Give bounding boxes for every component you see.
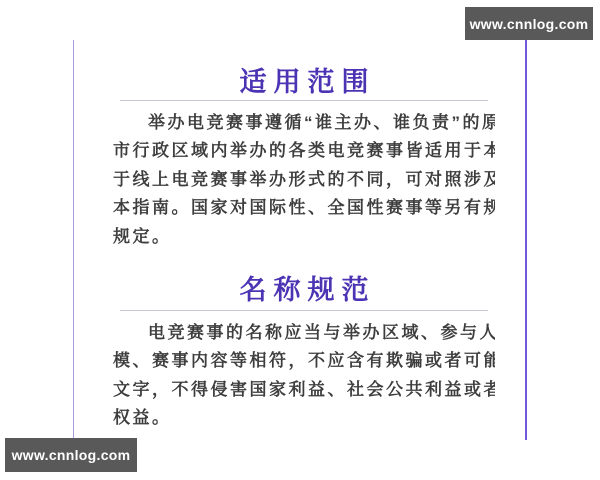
paragraph-line: 电竞赛事的名称应当与举办区域、参与人群、活动规 [113,319,495,347]
paragraph-naming: 电竞赛事的名称应当与举办区域、参与人群、活动规 模、赛事内容等相符，不应含有欺骗… [113,319,495,433]
paragraph-line: 权益。 [113,404,495,432]
section-divider [120,100,488,101]
right-accent-line [525,40,527,440]
watermark-text: www.cnnlog.com [12,447,131,463]
section-divider [120,310,488,311]
left-border-line [73,40,74,438]
paragraph-line: 本指南。国家对国际性、全国性赛事等另有规定的，从其 [113,194,495,222]
paragraph-line: 于线上电竞赛事举办形式的不同，可对照涉及内容适用 [113,166,495,194]
paragraph-line: 模、赛事内容等相符，不应含有欺骗或者可能造成误解的 [113,347,495,375]
paragraph-line: 文字，不得侵害国家利益、社会公共利益或者他人的合法 [113,376,495,404]
watermark-text: www.cnnlog.com [470,16,589,32]
watermark-bottom-left: www.cnnlog.com [5,438,137,472]
document-page: www.cnnlog.com 适用范围 举办电竞赛事遵循“谁主办、谁负责”的原则… [0,0,600,480]
paragraph-line: 市行政区域内举办的各类电竞赛事皆适用于本指南。由 [113,137,495,165]
watermark-top-right: www.cnnlog.com [465,7,593,40]
paragraph-scope: 举办电竞赛事遵循“谁主办、谁负责”的原则，在上海 市行政区域内举办的各类电竞赛事… [113,109,495,251]
section-title-naming: 名称规范 [113,268,495,307]
paragraph-line: 规定。 [113,223,495,251]
paragraph-line: 举办电竞赛事遵循“谁主办、谁负责”的原则，在上海 [113,109,495,137]
section-title-scope: 适用范围 [113,60,495,99]
